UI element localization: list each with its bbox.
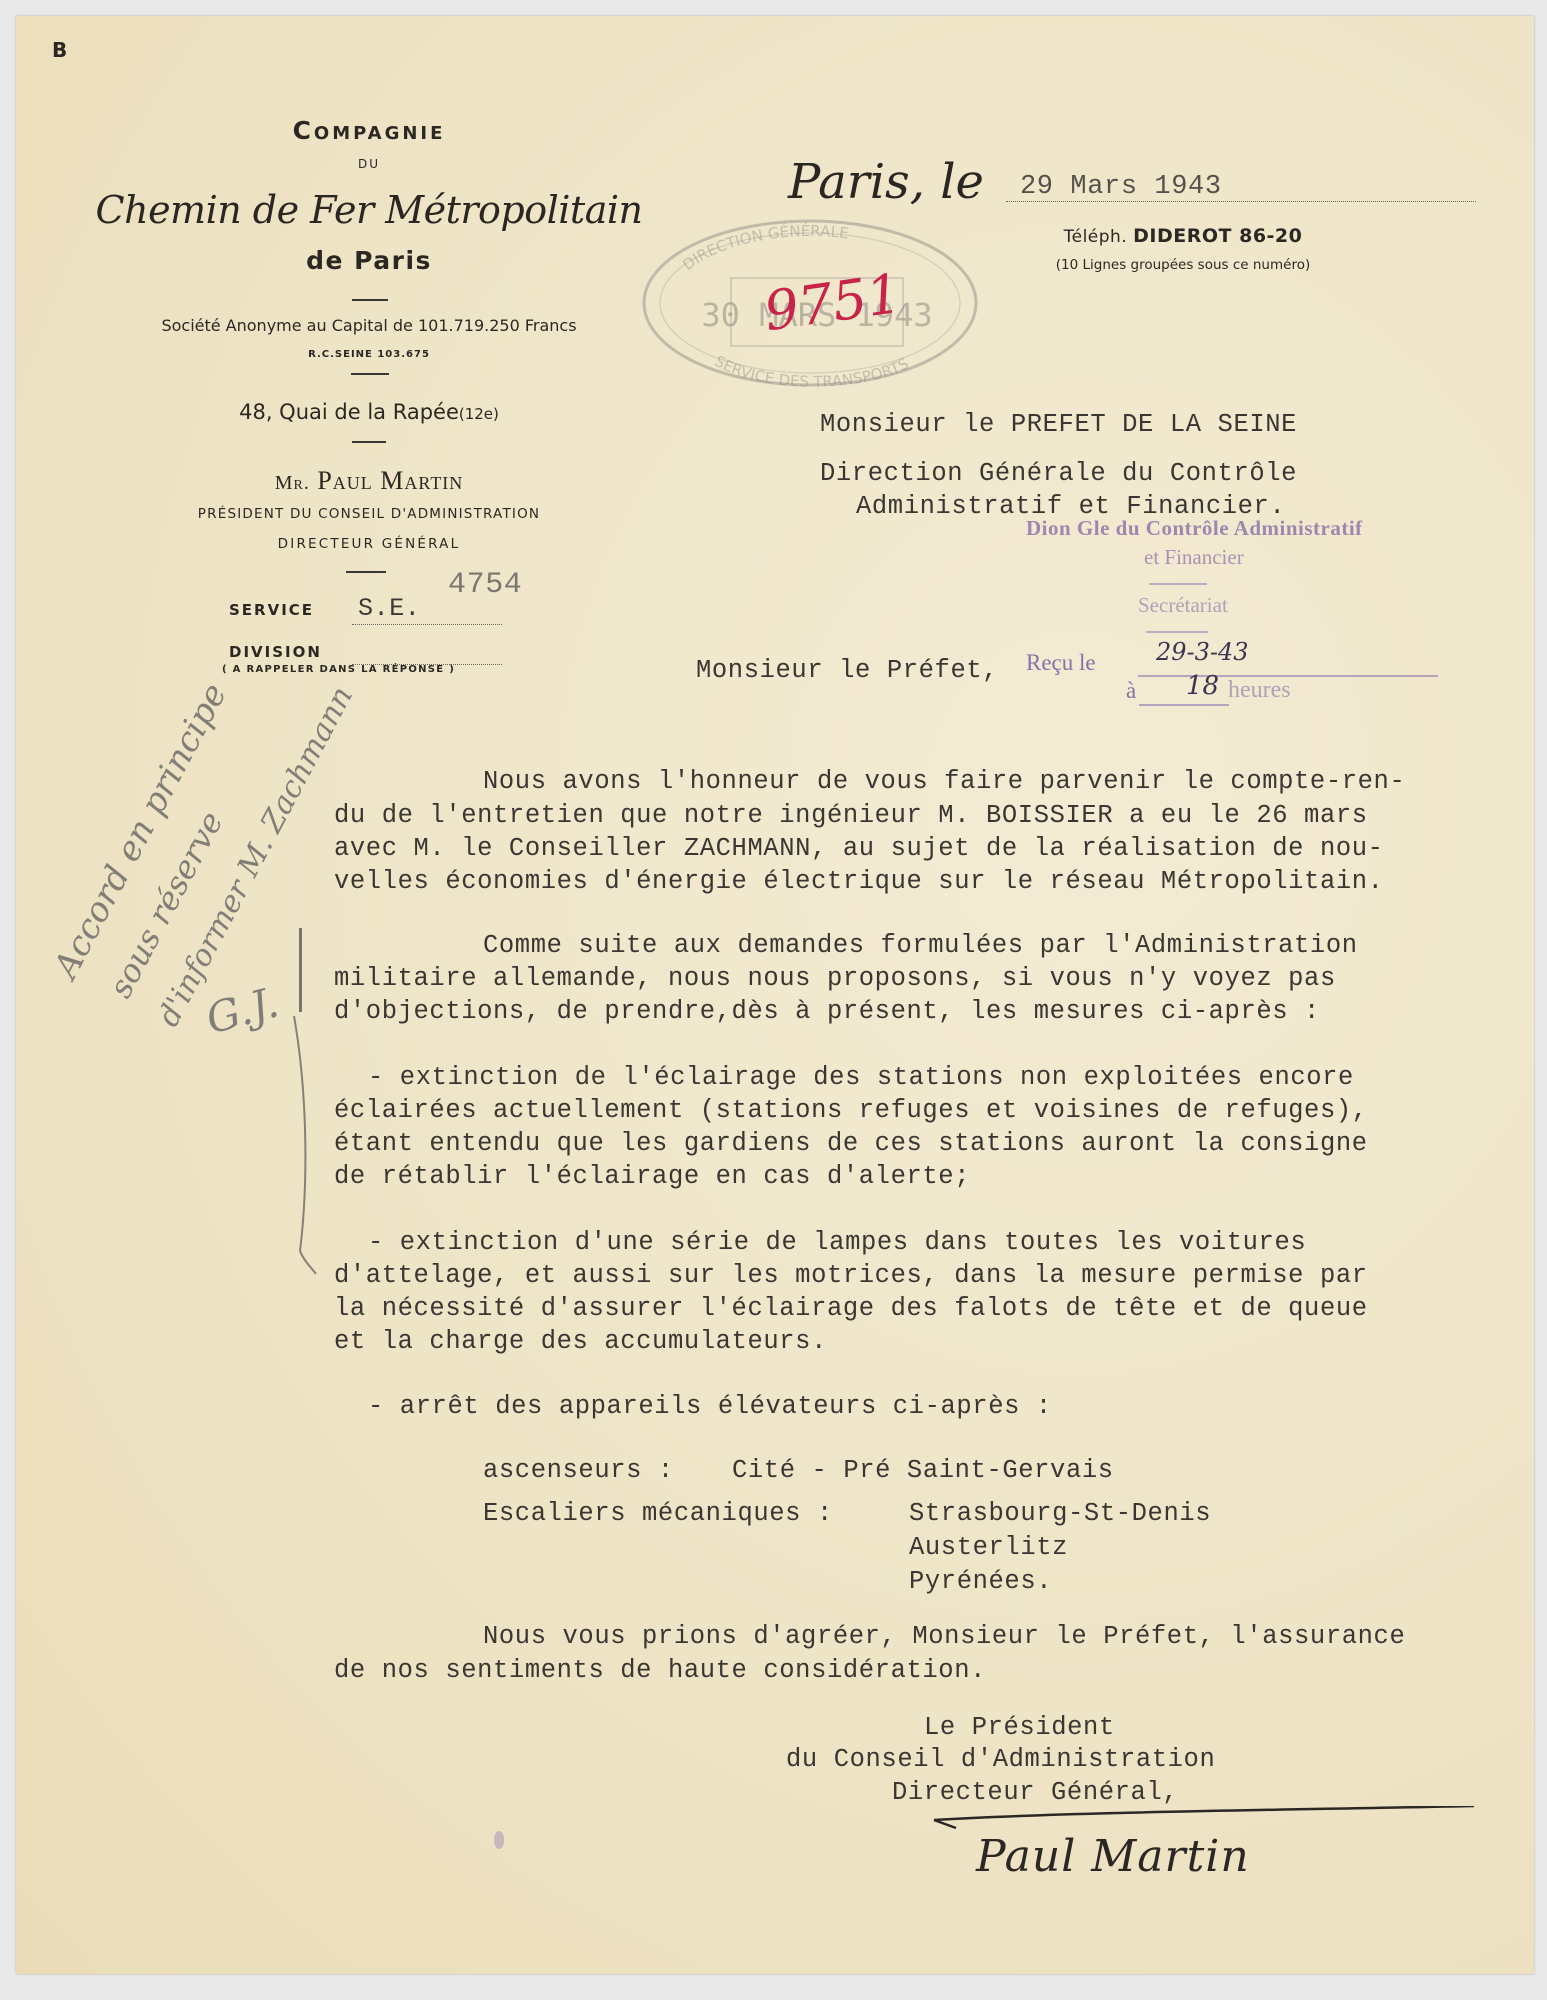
received-a-label: à — [1126, 678, 1136, 704]
place-script: Paris, le — [788, 154, 984, 210]
body-line: d'objections, de prendre,dès à présent, … — [334, 997, 1320, 1026]
address-street: 48, Quai de la Rapée — [239, 400, 459, 424]
body-line: avec M. le Conseiller ZACHMANN, au sujet… — [334, 834, 1384, 863]
pencil-margin-note: Accord en principe sous réserve d'inform… — [56, 716, 436, 1056]
salutation: Monsieur le Préfet, — [696, 656, 998, 685]
margin-pencil-stroke-icon — [286, 1016, 326, 1276]
body-line: - arrêt des appareils élévateurs ci-aprè… — [368, 1392, 1052, 1421]
received-label: Reçu le — [1026, 650, 1096, 676]
body-line: de nos sentiments de haute considération… — [334, 1656, 986, 1685]
received-stamp-line1: Dion Gle du Contrôle Administratif — [1026, 516, 1363, 541]
corner-mark: B — [52, 38, 67, 62]
lifts-label: ascenseurs : — [483, 1456, 674, 1485]
margin-bracket-line — [299, 928, 302, 1012]
service-number: 4754 — [448, 568, 522, 602]
director-title: DIRECTEUR GÉNÉRAL — [278, 536, 461, 552]
signatory-title-3: Directeur Général, — [892, 1778, 1178, 1807]
received-stamp-line3: Secrétariat — [1138, 593, 1228, 618]
body-line: et la charge des accumulateurs. — [334, 1327, 827, 1356]
divider — [351, 373, 389, 375]
company-script-name: Chemin de Fer Métropolitain — [96, 188, 643, 232]
company-name-du: du — [358, 157, 380, 171]
legal-capital: Société Anonyme au Capital de 101.719.25… — [161, 316, 576, 335]
division-label: DIVISION — [229, 643, 322, 661]
body-line: Nous vous prions d'agréer, Monsieur le P… — [483, 1622, 1405, 1651]
letter-date: 29 Mars 1943 — [1020, 172, 1222, 202]
address-arrondissement: (12e) — [459, 405, 499, 423]
stamp-divider — [1149, 583, 1207, 585]
body-line: la nécessité d'assurer l'éclairage des f… — [334, 1294, 1368, 1323]
received-stamp-line2: et Financier — [1144, 545, 1244, 570]
phone-label: Téléph. — [1064, 227, 1128, 247]
body-line: - extinction de l'éclairage des stations… — [368, 1063, 1354, 1092]
reminder-note: ( A RAPPELER DANS LA RÉPONSE ) — [222, 664, 455, 675]
name-text: Paul Martin — [317, 466, 463, 495]
name-prefix: Mr. — [275, 472, 310, 494]
president-name: Mr. Paul Martin — [275, 466, 464, 496]
company-address: 48, Quai de la Rapée(12e) — [239, 400, 499, 424]
divider — [352, 299, 388, 301]
ink-blot — [494, 1831, 504, 1849]
service-label: SERVICE — [229, 601, 314, 619]
stamp-divider — [1146, 631, 1208, 633]
body-line: étant entendu que les gardiens de ces st… — [334, 1129, 1368, 1158]
phone-number: DIDEROT 86-20 — [1133, 225, 1302, 247]
escalators-label: Escaliers mécaniques : — [483, 1499, 833, 1528]
service-field-line — [352, 624, 502, 625]
escalator-station: Austerlitz — [909, 1533, 1068, 1562]
divider — [346, 571, 386, 573]
body-line: militaire allemande, nous nous proposons… — [334, 964, 1336, 993]
body-line: Nous avons l'honneur de vous faire parve… — [483, 767, 1405, 796]
reception-stamp: 30 MARS 1943 DIRECTION GÉNÉRALE SERVICE … — [639, 216, 981, 390]
received-hour-line — [1139, 704, 1229, 706]
divider — [352, 441, 386, 443]
signatory-title-2: du Conseil d'Administration — [786, 1745, 1215, 1774]
body-line: d'attelage, et aussi sur les motrices, d… — [334, 1261, 1368, 1290]
service-value: S.E. — [358, 594, 420, 623]
president-title: PRÉSIDENT DU CONSEIL D'ADMINISTRATION — [198, 506, 540, 522]
body-line: Comme suite aux demandes formulées par l… — [483, 931, 1358, 960]
received-heures-label: heures — [1228, 677, 1291, 704]
svg-text:SERVICE DES TRANSPORTS: SERVICE DES TRANSPORTS — [712, 352, 912, 390]
letter-page: B Compagnie du Chemin de Fer Métropolita… — [16, 16, 1534, 1974]
pencil-initials: G.J. — [201, 977, 284, 1043]
lifts-value: Cité - Pré Saint-Gervais — [732, 1456, 1114, 1485]
handwritten-signature: Paul Martin — [976, 1831, 1250, 1882]
body-line: de rétablir l'éclairage en cas d'alerte; — [334, 1162, 970, 1191]
received-date: 29-3-43 — [1156, 638, 1249, 666]
phone-note: (10 Lignes groupées sous ce numéro) — [1056, 257, 1310, 273]
escalator-station: Strasbourg-St-Denis — [909, 1499, 1211, 1528]
company-name-de-paris: de Paris — [306, 246, 432, 275]
received-hour: 18 — [1186, 671, 1219, 701]
company-name-line1: Compagnie — [293, 116, 446, 145]
signatory-title-1: Le Président — [924, 1713, 1115, 1742]
svg-text:DIRECTION GÉNÉRALE: DIRECTION GÉNÉRALE — [679, 221, 849, 274]
body-line: - extinction d'une série de lampes dans … — [368, 1228, 1306, 1257]
escalator-station: Pyrénées. — [909, 1567, 1052, 1596]
phone-line: Téléph. DIDEROT 86-20 — [1064, 225, 1303, 247]
recipient-line1: Monsieur le PREFET DE LA SEINE — [820, 410, 1297, 439]
recipient-line2: Direction Générale du Contrôle — [820, 459, 1297, 488]
body-line: velles économies d'énergie électrique su… — [334, 867, 1384, 896]
body-line: éclairées actuellement (stations refuges… — [334, 1096, 1368, 1125]
registry-number: R.C.SEINE 103.675 — [308, 349, 430, 360]
body-line: du de l'entretien que notre ingénieur M.… — [334, 801, 1368, 830]
